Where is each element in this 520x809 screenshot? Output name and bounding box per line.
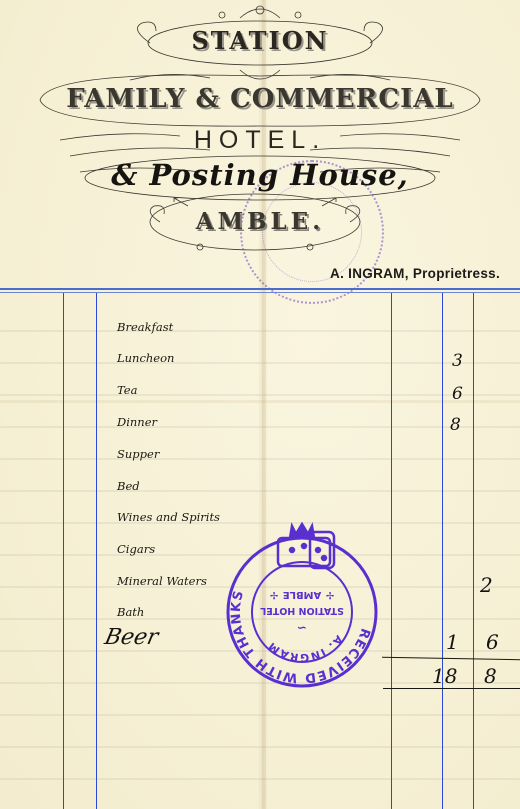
letterhead-amble: AMBLE. [0,208,520,235]
item-supper: Supper [117,447,159,461]
svg-text:A. INGRAM: A. INGRAM [265,633,345,664]
item-bath: Bath [117,605,144,619]
column-line-2 [96,293,97,809]
svg-text:∽: ∽ [297,621,307,635]
stamp-name: A. INGRAM [265,633,345,664]
stamp-line1: STATION HOTEL [260,605,344,616]
item-cigars: Cigars [117,542,155,556]
svg-text:✢: ✢ [326,589,334,600]
column-line-5 [473,293,474,809]
letterhead-station: STATION [0,26,520,55]
column-line-4 [442,293,443,809]
svg-text:✢: ✢ [270,589,278,600]
received-stamp: RECEIVED WITH THANKS A. INGRAM STATION H… [222,520,382,690]
total-rule [383,688,520,689]
handwritten-item-beer: Beer [102,625,160,650]
total-pence: 8 [484,664,497,688]
item-tea: Tea [117,383,137,397]
subtotal-rule [382,657,520,660]
amount-mineral-waters-pence: 2 [480,573,493,597]
table-top-rule [0,288,520,290]
item-mineral-waters: Mineral Waters [117,574,207,588]
letterhead-family-commercial: FAMILY & COMMERCIAL [0,84,520,114]
total-shillings: 18 [432,664,457,688]
column-line-3 [391,293,392,809]
item-dinner: Dinner [117,415,157,429]
item-bed: Bed [117,479,140,493]
column-line-1 [63,293,64,809]
item-luncheon: Luncheon [117,351,174,365]
letterhead-posting-house: & Posting House, [0,158,520,192]
item-breakfast: Breakfast [117,320,173,334]
amount-beer-pence: 6 [486,630,499,654]
letterhead: STATION FAMILY & COMMERCIAL HOTEL. & Pos… [0,0,520,290]
amount-dinner-pence: 8 [450,415,461,435]
amount-luncheon-pence: 3 [452,351,463,371]
letterhead-hotel: HOTEL. [0,126,520,155]
proprietor-name: A. INGRAM, Proprietress. [330,266,500,281]
amount-tea-pence: 6 [452,384,463,404]
amount-beer-shillings: 1 [446,630,459,654]
stamp-line2: AMBLE [283,589,322,600]
item-wines-spirits: Wines and Spirits [117,510,220,524]
